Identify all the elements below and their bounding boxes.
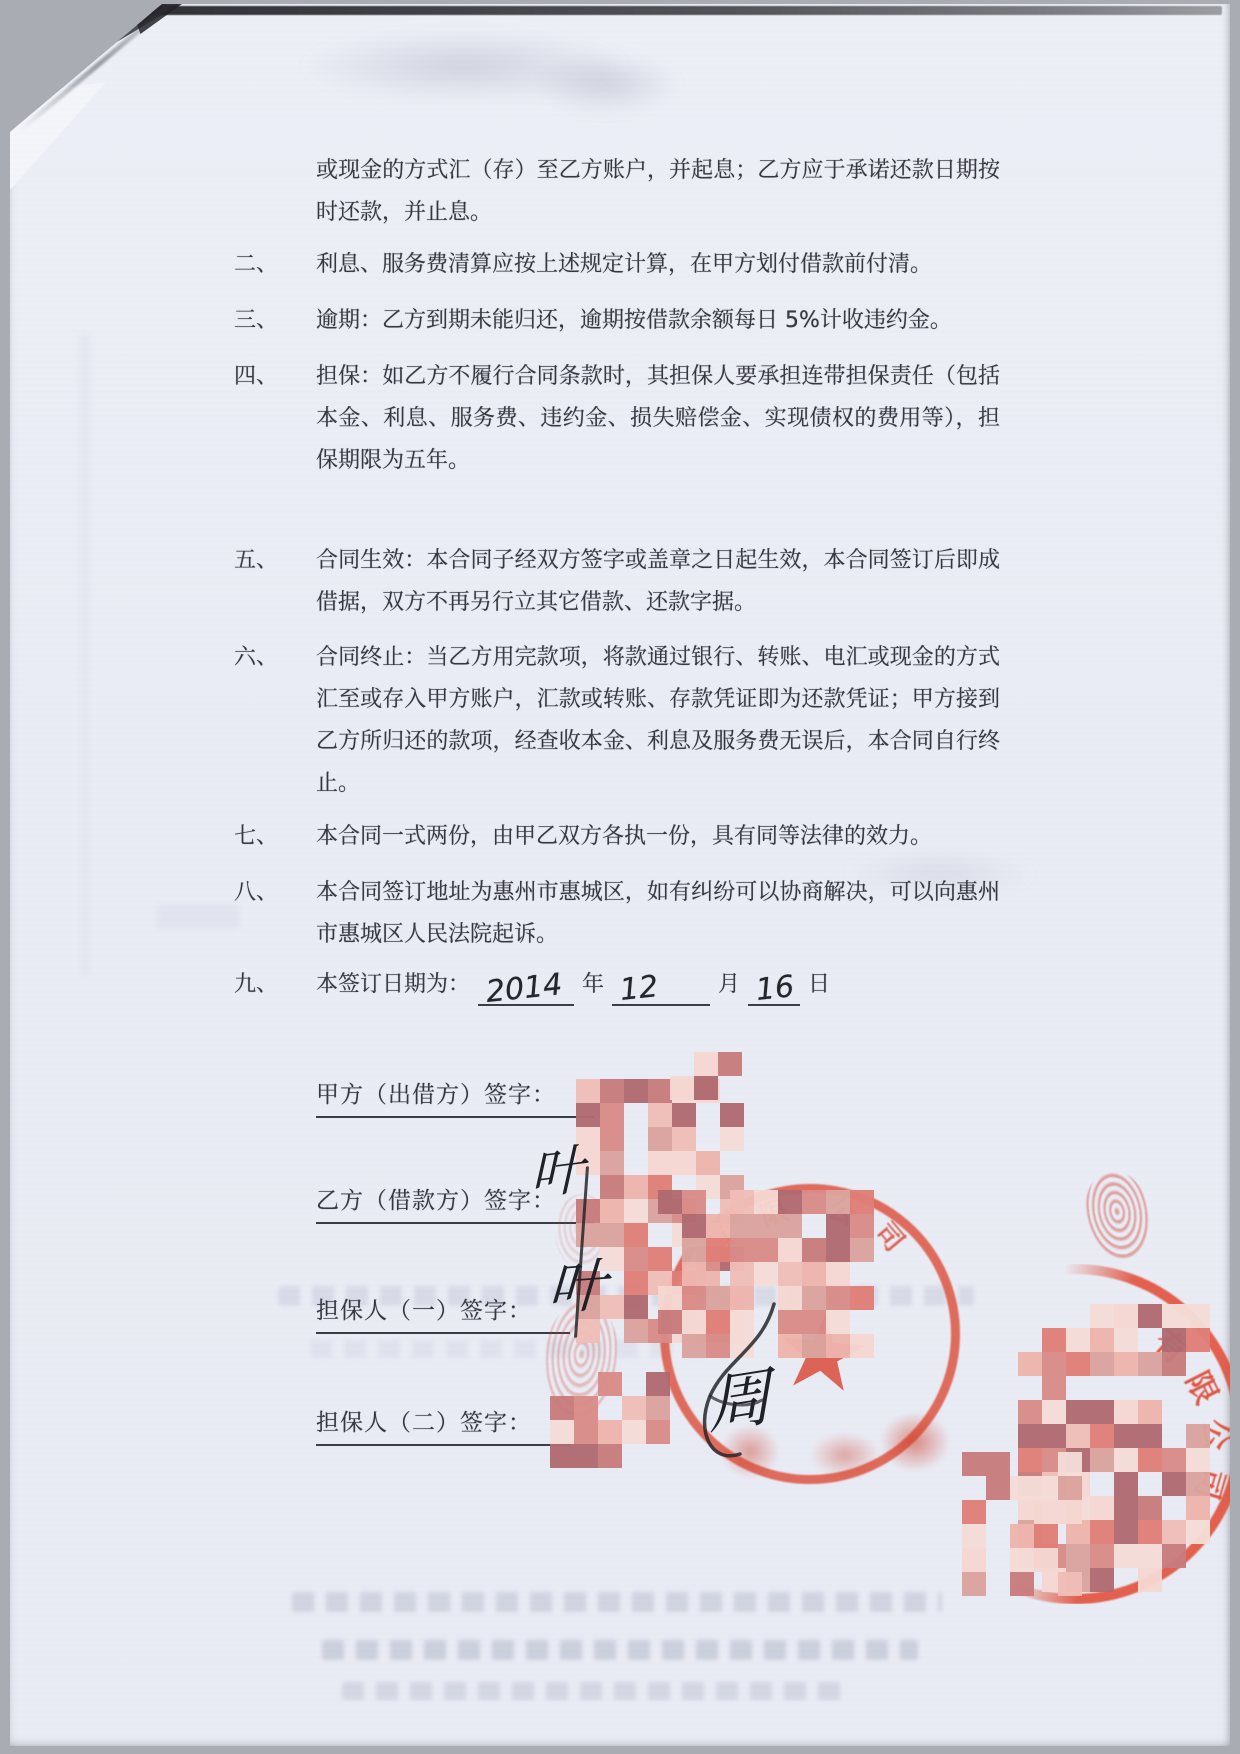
clause-text: 利息、服务费清算应按上述规定计算，在甲方划付借款前付清。: [316, 244, 1000, 286]
date-label: 本签订日期为：: [316, 964, 470, 1006]
signature-label: 甲方（出借方）签字：: [316, 1082, 594, 1118]
day-blank-field: 16: [748, 974, 800, 1006]
signature-label: 担保人（二）签字：: [316, 1410, 570, 1446]
month-blank-field: 12: [612, 974, 710, 1006]
bleedthrough-table-line: [156, 904, 240, 930]
signature-line-guarantor-1: 担保人（一）签字：: [316, 1292, 570, 1325]
clause-row-7: 七、 本合同一式两份，由甲乙双方各执一份，具有同等法律的效力。: [234, 816, 1000, 858]
handwritten-day: 16: [755, 972, 796, 1006]
bleedthrough-text-row: [342, 1682, 842, 1700]
clause-number: 九、: [234, 964, 316, 1006]
clause-text: 合同生效：本合同子经双方签字或盖章之日起生效，本合同签订后即成借据，双方不再另行…: [316, 540, 1000, 624]
seal-ink-blotch: [810, 1432, 880, 1478]
clause-text: 本合同签订地址为惠州市惠城区，如有纠纷可以协商解决，可以向惠州市惠城区人民法院起…: [316, 872, 1000, 956]
year-blank-field: 2014: [478, 974, 574, 1006]
handwritten-signature-party-b: 叶: [530, 1143, 585, 1204]
clause-text: 逾期：乙方到期未能归还，逾期按借款余额每日 5%计收违约金。: [316, 300, 1000, 342]
bleedthrough-table-line: [80, 334, 90, 974]
clause-row-3: 三、 逾期：乙方到期未能归还，逾期按借款余额每日 5%计收违约金。: [234, 300, 1000, 342]
bleedthrough-text-row: [322, 1640, 918, 1660]
clause-row-2: 二、 利息、服务费清算应按上述规定计算，在甲方划付借款前付清。: [234, 244, 1000, 286]
day-suffix: 日: [808, 964, 830, 1006]
handwritten-year: 2014: [485, 970, 564, 1008]
year-suffix: 年: [582, 964, 604, 1006]
contract-page: 或现金的方式汇（存）至乙方账户，并起息；乙方应于承诺还款日期按时还款，并止息。 …: [10, 4, 1230, 1746]
handwritten-month: 12: [619, 972, 660, 1006]
clause-number: 六、: [234, 637, 316, 805]
scan-background: 或现金的方式汇（存）至乙方账户，并起息；乙方应于承诺还款日期按时还款，并止息。 …: [0, 0, 1240, 1754]
clause-number: 五、: [234, 540, 316, 624]
clause-row-4: 四、 担保：如乙方不履行合同条款时，其担保人要承担连带担保责任（包括本金、利息、…: [234, 356, 1000, 482]
clause-continuation-text: 或现金的方式汇（存）至乙方账户，并起息；乙方应于承诺还款日期按时还款，并止息。: [316, 150, 1000, 234]
clause-text: 本合同一式两份，由甲乙双方各执一份，具有同等法律的效力。: [316, 816, 1000, 858]
clause-number: 七、: [234, 816, 316, 858]
clause-number: 三、: [234, 300, 316, 342]
clause-number: 二、: [234, 244, 316, 286]
scan-smudge: [530, 54, 680, 114]
signature-label: 担保人（一）签字：: [316, 1298, 570, 1334]
fold-diagonal-line: [18, 0, 178, 132]
scanner-edge-shadow: [150, 6, 1222, 15]
handwritten-signature-guarantor-2: 周: [705, 1365, 773, 1439]
clause-number: 八、: [234, 872, 316, 956]
clause-text: 合同终止：当乙方用完款项，将款通过银行、转账、电汇或现金的方式汇至或存入甲方账户…: [316, 637, 1000, 805]
red-fingerprint: [1077, 1164, 1159, 1267]
clause-number: 四、: [234, 356, 316, 482]
month-suffix: 月: [718, 964, 740, 1006]
signature-line-guarantor-2: 担保人（二）签字：: [316, 1404, 570, 1437]
clause-text: 担保：如乙方不履行合同条款时，其担保人要承担连带担保责任（包括本金、利息、服务费…: [316, 356, 1000, 482]
signature-line-party-a: 甲方（出借方）签字：: [316, 1076, 594, 1109]
clause-row-6: 六、 合同终止：当乙方用完款项，将款通过银行、转账、电汇或现金的方式汇至或存入甲…: [234, 637, 1000, 805]
signing-date-line: 本签订日期为： 2014 年 12 月 16 日: [316, 964, 1000, 1006]
clause-row-9-date: 九、 本签订日期为： 2014 年 12 月 16 日: [234, 964, 1000, 1006]
clause-row-5: 五、 合同生效：本合同子经双方签字或盖章之日起生效，本合同签订后即成借据，双方不…: [234, 540, 1000, 624]
clause-row-8: 八、 本合同签订地址为惠州市惠城区，如有纠纷可以协商解决，可以向惠州市惠城区人民…: [234, 872, 1000, 956]
bleedthrough-text-row: [292, 1592, 942, 1612]
